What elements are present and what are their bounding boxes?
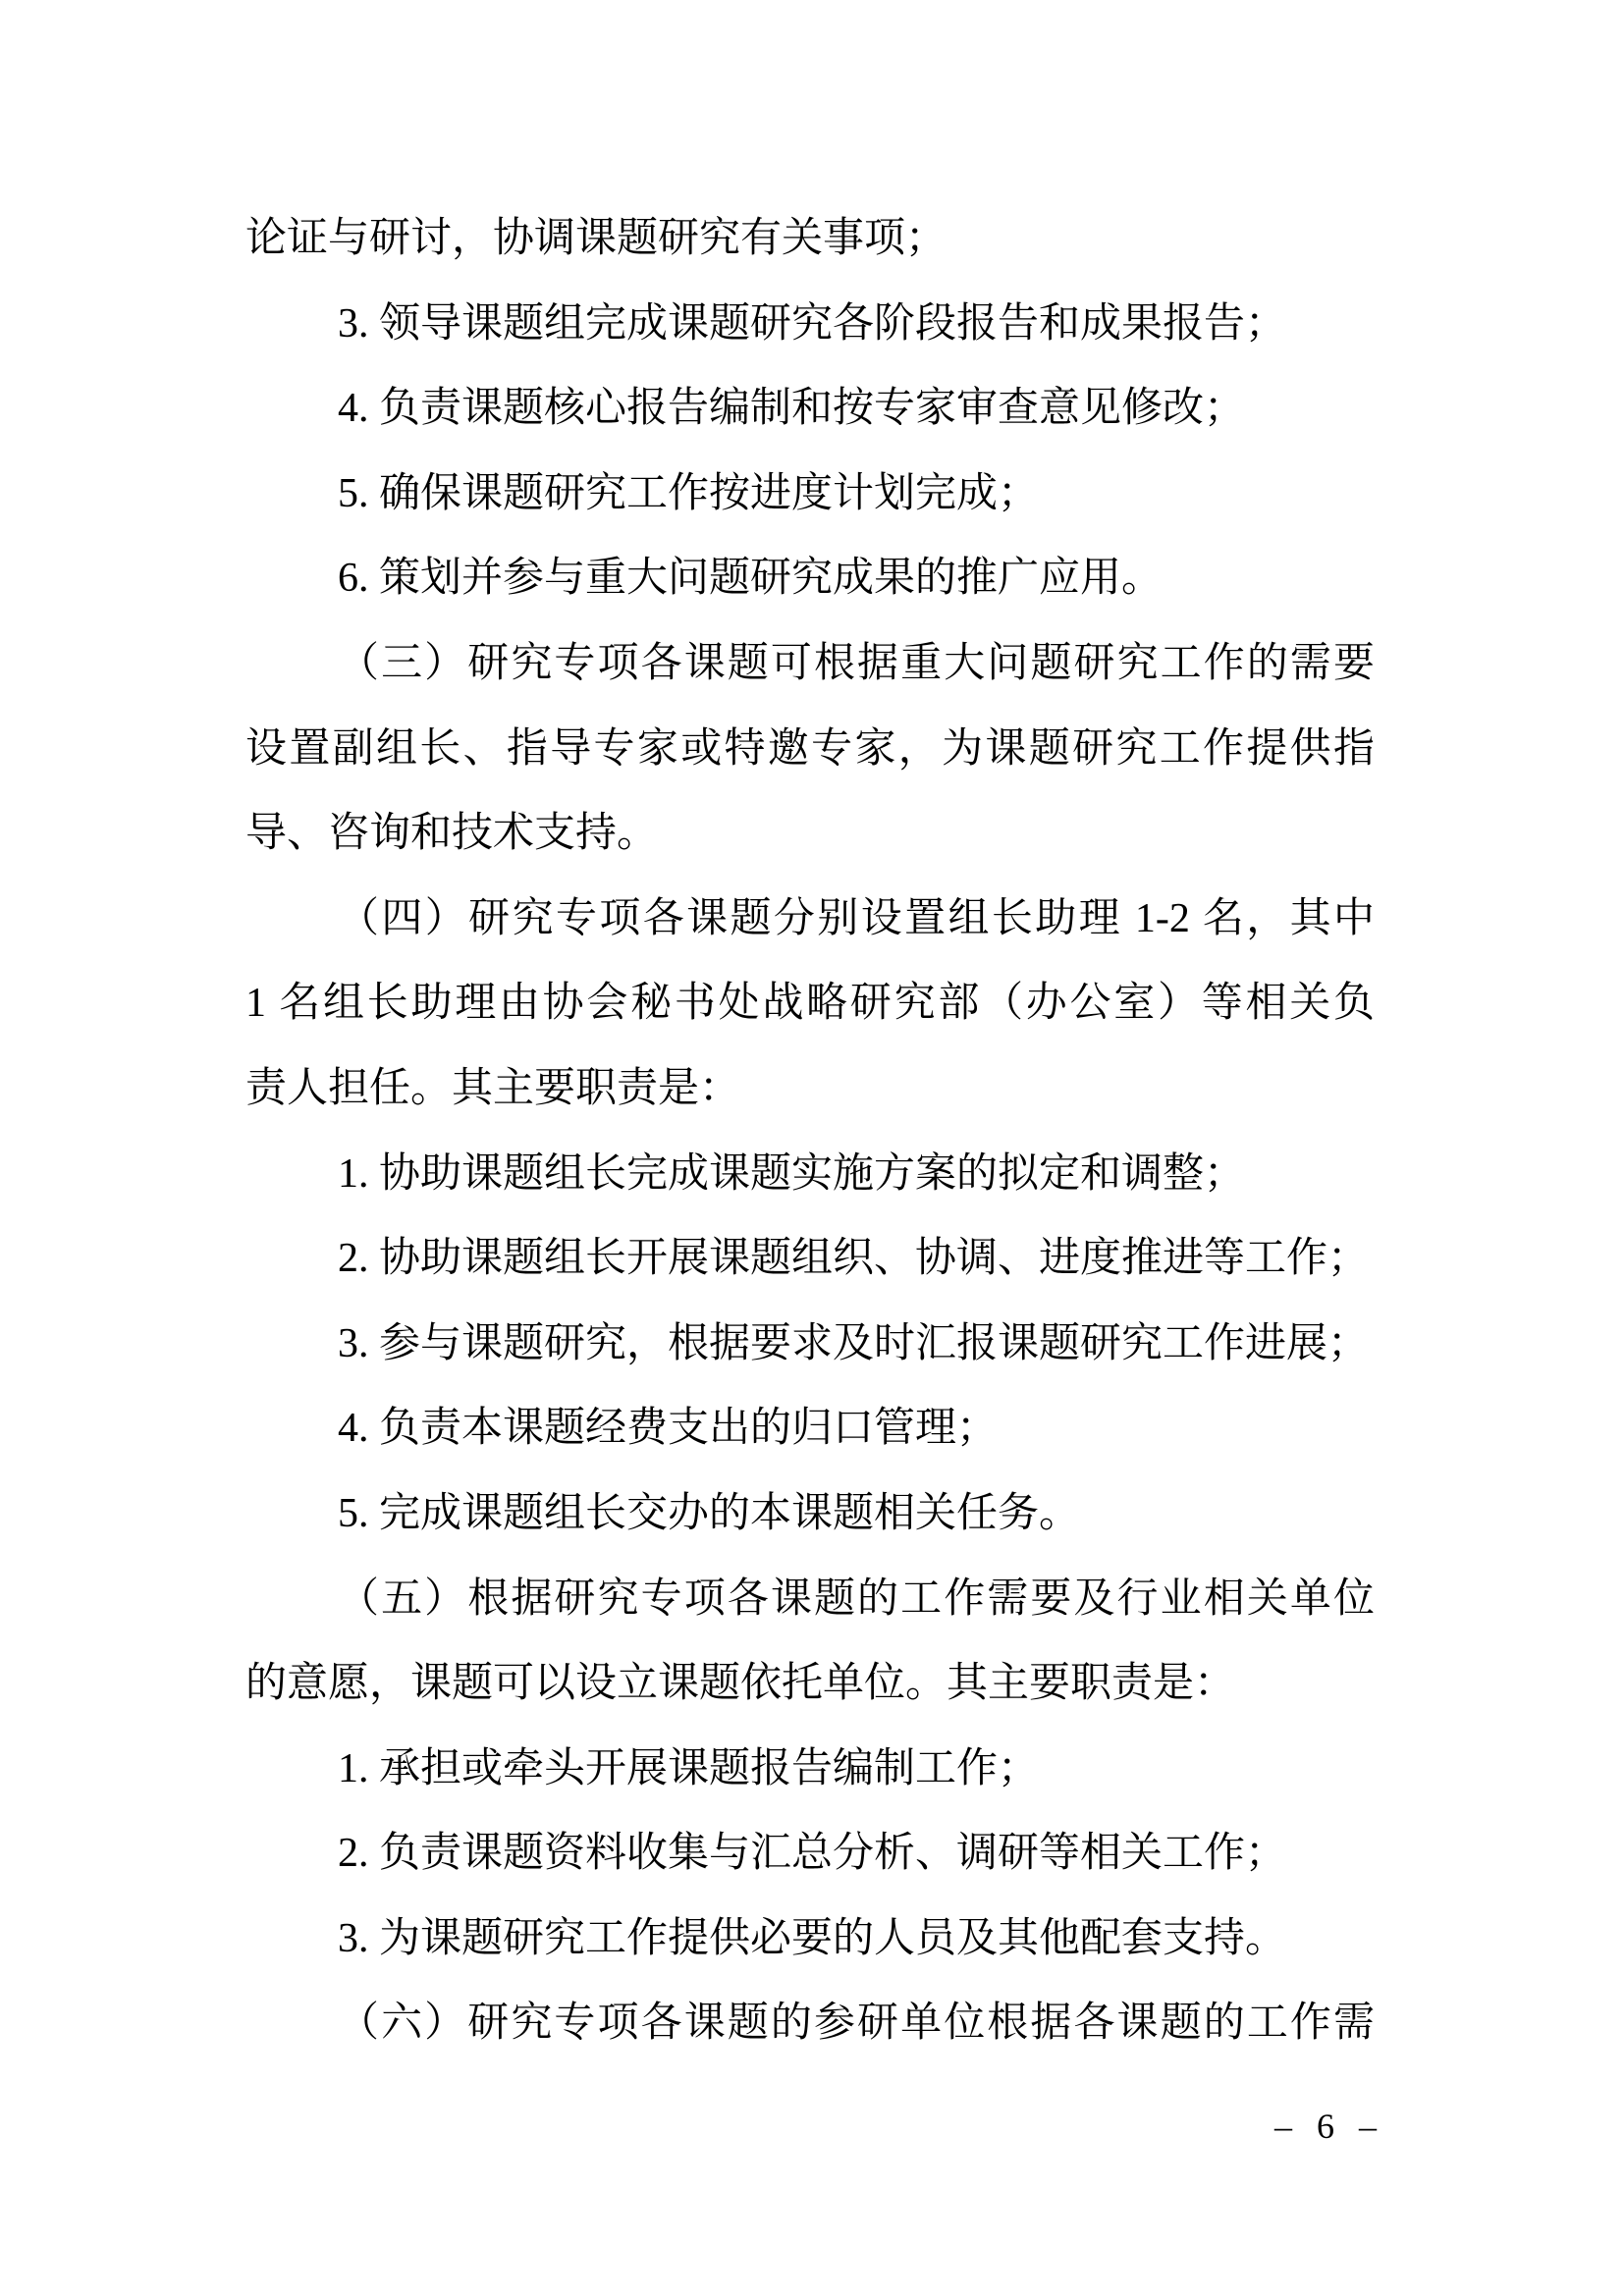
text-line: （五）根据研究专项各课题的工作需要及行业相关单位 bbox=[245, 1557, 1375, 1642]
body-text: 论证与研讨，协调课题研究有关事项； 3. 领导课题组完成课题研究各阶段报告和成果… bbox=[245, 196, 1375, 2066]
text-line: 的意愿，课题可以设立课题依托单位。其主要职责是： bbox=[245, 1641, 1375, 1727]
text-line: （三）研究专项各课题可根据重大问题研究工作的需要 bbox=[245, 621, 1375, 707]
text-line: 3. 领导课题组完成课题研究各阶段报告和成果报告； bbox=[245, 282, 1375, 367]
text-line: 4. 负责课题核心报告编制和按专家审查意见修改； bbox=[245, 366, 1375, 452]
text-line: 6. 策划并参与重大问题研究成果的推广应用。 bbox=[245, 536, 1375, 621]
text-line: 3. 参与课题研究，根据要求及时汇报课题研究工作进展； bbox=[245, 1302, 1375, 1387]
text-line: 1 名组长助理由协会秘书处战略研究部（办公室）等相关负 bbox=[245, 961, 1375, 1046]
page-number: – 6 – bbox=[1274, 2106, 1379, 2147]
text-line: 2. 负责课题资料收集与汇总分析、调研等相关工作； bbox=[245, 1811, 1375, 1896]
text-line: 5. 确保课题研究工作按进度计划完成； bbox=[245, 452, 1375, 537]
text-line: 2. 协助课题组长开展课题组织、协调、进度推进等工作； bbox=[245, 1216, 1375, 1302]
text-line: 责人担任。其主要职责是： bbox=[245, 1046, 1375, 1132]
text-line: （四）研究专项各课题分别设置组长助理 1-2 名，其中 bbox=[245, 877, 1375, 962]
text-line: 1. 承担或牵头开展课题报告编制工作； bbox=[245, 1727, 1375, 1812]
text-line: 导、咨询和技术支持。 bbox=[245, 791, 1375, 877]
text-line: 设置副组长、指导专家或特邀专家，为课题研究工作提供指 bbox=[245, 707, 1375, 792]
text-line: 4. 负责本课题经费支出的归口管理； bbox=[245, 1386, 1375, 1471]
text-line: 5. 完成课题组长交办的本课题相关任务。 bbox=[245, 1471, 1375, 1557]
text-line: 1. 协助课题组长完成课题实施方案的拟定和调整； bbox=[245, 1132, 1375, 1217]
text-line: 论证与研讨，协调课题研究有关事项； bbox=[245, 196, 1375, 282]
text-line: 3. 为课题研究工作提供必要的人员及其他配套支持。 bbox=[245, 1896, 1375, 1982]
text-line: （六）研究专项各课题的参研单位根据各课题的工作需 bbox=[245, 1981, 1375, 2066]
document-page: 论证与研讨，协调课题研究有关事项； 3. 领导课题组完成课题研究各阶段报告和成果… bbox=[0, 0, 1624, 2296]
